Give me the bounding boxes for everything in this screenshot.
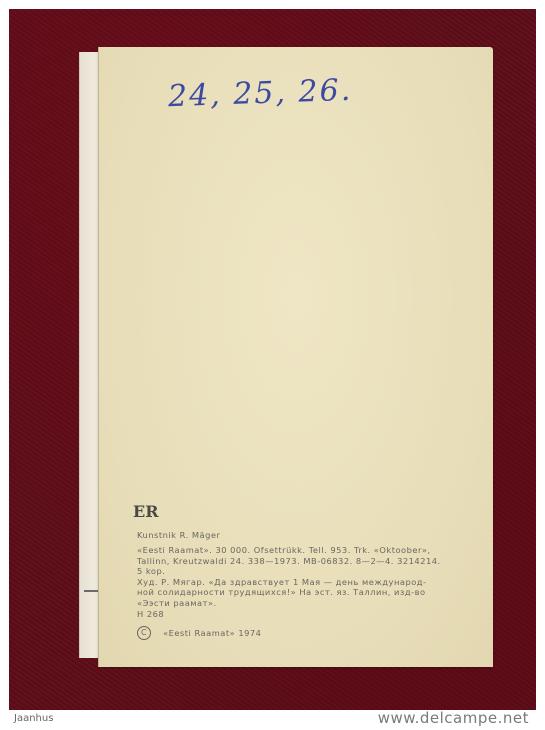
imprint-line: 5 kop. — [137, 566, 487, 577]
copyright-icon: C — [137, 626, 151, 640]
site-watermark: www.delcampe.net — [378, 709, 529, 727]
imprint-block: «Eesti Raamat». 30 000. Ofsettrükk. Tell… — [137, 545, 487, 608]
copyright-line: C «Eesti Raamat» 1974 — [137, 626, 487, 640]
imprint-line: «Ээсти раамат». — [137, 598, 487, 609]
imprint-line: Tallinn, Kreutzwaldi 24. 338—1973. MB-06… — [137, 556, 487, 567]
seller-name[interactable]: Jaanhus — [14, 713, 53, 724]
imprint-line: ной солидарности трудящихся!» На эст. яз… — [137, 587, 487, 598]
imprint-line: «Eesti Raamat». 30 000. Ofsettrükk. Tell… — [137, 545, 487, 556]
publisher-monogram-icon: ER — [133, 501, 155, 523]
copyright-text: «Eesti Raamat» 1974 — [163, 628, 261, 639]
edge-mark — [84, 590, 98, 592]
catalog-code: H 268 — [137, 609, 487, 620]
imprint-line: Худ. Р. Мягар. «Да здравствует 1 Мая — д… — [137, 577, 487, 588]
handwritten-note: 24, 25, 26. — [167, 73, 352, 114]
artist-credit: Kunstnik R. Mäger — [137, 530, 487, 541]
